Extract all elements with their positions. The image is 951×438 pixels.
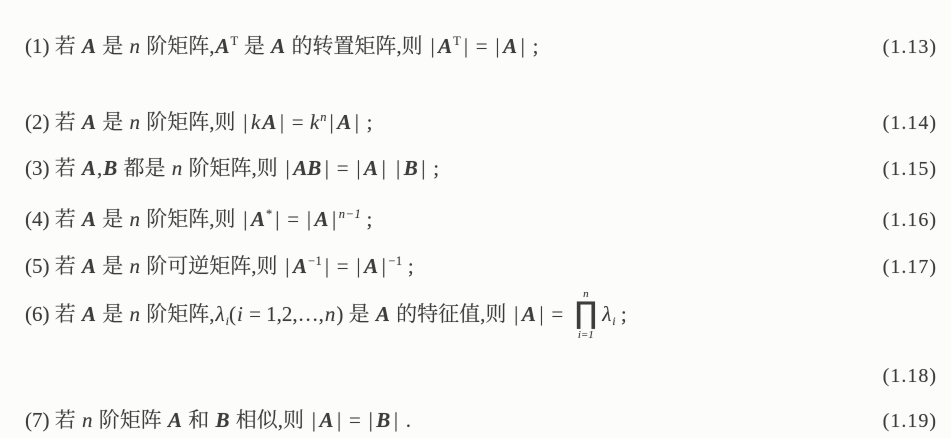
formula-segment: 都是 <box>118 156 171 180</box>
abs-bar: | <box>428 34 437 58</box>
formula-segment: A <box>81 110 97 134</box>
formula-segment: 阶矩阵 <box>94 408 168 432</box>
formula-segment: A <box>375 302 391 326</box>
formula-segment: A <box>250 207 266 231</box>
formula-segment: 是 <box>97 207 129 231</box>
formula-segment: 相似,则 <box>231 408 310 432</box>
formula-segment: A <box>521 302 537 326</box>
formula-segment: ; <box>616 302 627 326</box>
formula-segment: 阶矩阵, <box>141 302 215 326</box>
abs-bar: | <box>327 110 336 134</box>
abs-bar: | <box>391 408 400 432</box>
formula-segment: 是 <box>97 302 129 326</box>
formula-segment: B <box>403 156 419 180</box>
textbook-page: (1) 若 A 是 n 阶矩阵,AT 是 A 的转置矩阵,则 |AT| = |A… <box>0 0 951 438</box>
formula-segment: 是 <box>97 34 129 58</box>
property-formula: (1) 若 A 是 n 阶矩阵,AT 是 A 的转置矩阵,则 |AT| = |A… <box>25 24 538 63</box>
property-formula: (5) 若 A 是 n 阶可逆矩阵,则 |A−1| = |A|−1 ; <box>25 244 414 283</box>
abs-bar: | <box>335 408 344 432</box>
formula-segment: n <box>171 156 184 180</box>
property-row: (6) 若 A 是 n 阶矩阵,λi(i = 1,2,…,n) 是 A 的特征值… <box>25 290 941 343</box>
abs-bar: | <box>518 34 527 58</box>
formula-segment: T <box>231 34 239 48</box>
formula-segment: A <box>314 207 330 231</box>
formula-segment: i <box>236 302 244 326</box>
abs-bar: | <box>304 207 313 231</box>
formula-segment: ; <box>361 207 372 231</box>
equation-number: (1.14) <box>883 106 941 140</box>
formula-segment: AB <box>292 156 322 180</box>
formula-segment: n <box>320 110 327 124</box>
formula-segment: = <box>471 34 493 58</box>
formula-segment: 的转置矩阵,则 <box>286 34 428 58</box>
formula-segment: ; <box>403 254 414 278</box>
formula-segment: 阶矩阵,则 <box>141 110 241 134</box>
formula-segment: (7) 若 <box>25 408 81 432</box>
formula-segment: = <box>332 254 354 278</box>
formula-segment: n <box>324 302 337 326</box>
formula-segment: = <box>287 110 309 134</box>
formula-segment: 阶可逆矩阵,则 <box>141 254 283 278</box>
formula-segment: ; <box>361 110 372 134</box>
formula-segment: = <box>546 302 568 326</box>
abs-bar: | <box>419 156 428 180</box>
property-formula: (7) 若 n 阶矩阵 A 和 B 相似,则 |A| = |B| . <box>25 403 411 437</box>
formula-segment: 是 <box>97 254 129 278</box>
abs-bar: | <box>241 207 250 231</box>
abs-bar: | <box>241 110 250 134</box>
formula-segment: . <box>401 408 412 432</box>
formula-segment: = <box>282 207 304 231</box>
formula-segment: B <box>215 408 231 432</box>
property-row: (3) 若 A,B 都是 n 阶矩阵,则 |AB| = |A| |B| ;(1.… <box>25 151 941 186</box>
formula-segment: n <box>129 207 142 231</box>
formula-segment: ) 是 <box>336 302 375 326</box>
abs-bar: | <box>366 408 375 432</box>
determinant-properties-list: (1) 若 A 是 n 阶矩阵,AT 是 A 的转置矩阵,则 |AT| = |A… <box>25 24 941 438</box>
formula-segment: n <box>81 408 94 432</box>
formula-segment: A <box>81 156 97 180</box>
abs-bar: | <box>493 34 502 58</box>
abs-bar: | <box>379 254 388 278</box>
formula-segment: A <box>81 34 97 58</box>
formula-segment: = <box>331 156 353 180</box>
property-row: (5) 若 A 是 n 阶可逆矩阵,则 |A−1| = |A|−1 ;(1.17… <box>25 244 941 284</box>
formula-segment: A <box>81 302 97 326</box>
abs-bar: | <box>277 110 286 134</box>
formula-segment: A <box>437 34 453 58</box>
formula-segment: −1 <box>388 254 402 268</box>
product-symbol: n∏i=1 <box>574 288 597 341</box>
formula-segment: −1 <box>308 254 322 268</box>
formula-segment: ; <box>428 156 439 180</box>
formula-segment: A <box>363 254 379 278</box>
equation-number: (1.16) <box>883 203 941 237</box>
formula-segment: n <box>129 34 142 58</box>
formula-segment: 是 <box>97 110 129 134</box>
formula-segment: (2) 若 <box>25 110 81 134</box>
formula-segment: 阶矩阵, <box>141 34 215 58</box>
abs-bar: | <box>354 254 363 278</box>
abs-bar: | <box>512 302 521 326</box>
formula-segment: k <box>309 110 320 134</box>
formula-segment: A <box>319 408 335 432</box>
abs-bar: | <box>537 302 546 326</box>
product-glyph: ∏ <box>574 300 597 329</box>
property-row: (7) 若 n 阶矩阵 A 和 B 相似,则 |A| = |B| .(1.19) <box>25 403 941 438</box>
formula-segment: * <box>266 207 273 221</box>
formula-segment: B <box>102 156 118 180</box>
property-row: (1) 若 A 是 n 阶矩阵,AT 是 A 的转置矩阵,则 |AT| = |A… <box>25 24 941 64</box>
equation-number: (1.19) <box>883 404 941 438</box>
formula-segment: (5) 若 <box>25 254 81 278</box>
property-formula: (4) 若 A 是 n 阶矩阵,则 |A*| = |A|n−1 ; <box>25 197 372 236</box>
formula-segment: (4) 若 <box>25 207 81 231</box>
equation-number-row: (1.18) <box>25 359 941 393</box>
formula-segment: 是 <box>239 34 271 58</box>
equation-number: (1.15) <box>883 152 941 186</box>
formula-segment: A <box>363 156 379 180</box>
abs-bar: | <box>309 408 318 432</box>
formula-segment: A <box>215 34 231 58</box>
formula-segment: n <box>129 302 142 326</box>
formula-segment: A <box>167 408 183 432</box>
formula-segment: A <box>261 110 277 134</box>
formula-segment: λ <box>215 302 226 326</box>
property-row: (2) 若 A 是 n 阶矩阵,则 |kA| = kn|A| ;(1.14) <box>25 100 941 140</box>
formula-segment <box>388 156 393 180</box>
formula-segment: n <box>129 110 142 134</box>
abs-bar: | <box>354 156 363 180</box>
property-row: (4) 若 A 是 n 阶矩阵,则 |A*| = |A|n−1 ;(1.16) <box>25 197 941 237</box>
formula-segment: (1) 若 <box>25 34 81 58</box>
formula-segment: n <box>129 254 142 278</box>
abs-bar: | <box>322 254 331 278</box>
formula-segment: (6) 若 <box>25 302 81 326</box>
equation-number: (1.17) <box>883 250 941 284</box>
formula-segment: A <box>81 254 97 278</box>
formula-segment: λ <box>601 302 612 326</box>
abs-bar: | <box>394 156 403 180</box>
formula-segment: = 1,2,…, <box>244 302 324 326</box>
abs-bar: | <box>461 34 470 58</box>
formula-segment: A <box>502 34 518 58</box>
abs-bar: | <box>283 156 292 180</box>
abs-bar: | <box>273 207 282 231</box>
formula-segment: (3) 若 <box>25 156 81 180</box>
formula-segment: 和 <box>183 408 215 432</box>
abs-bar: | <box>283 254 292 278</box>
formula-segment: ( <box>229 302 236 326</box>
formula-segment: 阶矩阵,则 <box>141 207 241 231</box>
formula-segment: A <box>336 110 352 134</box>
formula-segment: A <box>292 254 308 278</box>
formula-segment: A <box>81 207 97 231</box>
equation-number: (1.13) <box>883 30 941 64</box>
abs-bar: | <box>379 156 388 180</box>
formula-segment: 的特征值,则 <box>391 302 512 326</box>
formula-segment: = <box>344 408 366 432</box>
equation-number: (1.18) <box>883 359 941 393</box>
formula-segment: 阶矩阵,则 <box>183 156 283 180</box>
formula-segment: n−1 <box>339 207 361 221</box>
formula-segment: B <box>375 408 391 432</box>
abs-bar: | <box>330 207 339 231</box>
formula-segment: A <box>270 34 286 58</box>
formula-segment: k <box>250 110 261 134</box>
formula-segment: ; <box>527 34 538 58</box>
property-formula: (3) 若 A,B 都是 n 阶矩阵,则 |AB| = |A| |B| ; <box>25 151 439 185</box>
property-formula: (2) 若 A 是 n 阶矩阵,则 |kA| = kn|A| ; <box>25 100 373 139</box>
product-lower-limit: i=1 <box>578 329 594 341</box>
property-formula: (6) 若 A 是 n 阶矩阵,λi(i = 1,2,…,n) 是 A 的特征值… <box>25 290 627 343</box>
